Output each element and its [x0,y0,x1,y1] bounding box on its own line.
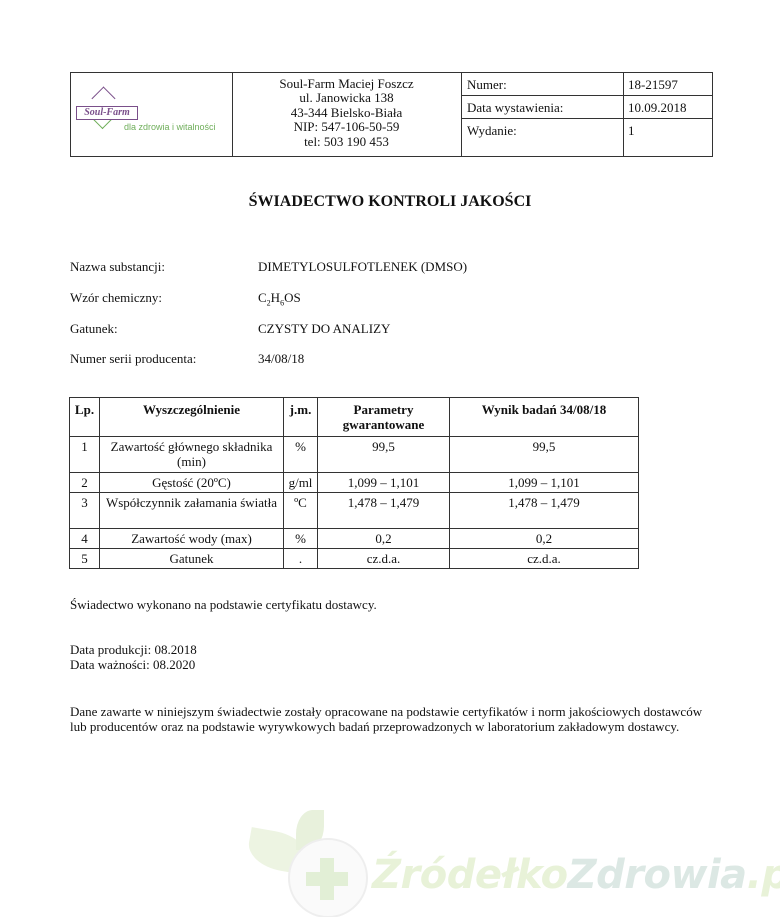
field-label: Gatunek: [70,321,118,337]
company-address: Soul-Farm Maciej Foszcz ul. Janowicka 13… [232,73,462,156]
field-value: CZYSTY DO ANALIZY [258,321,390,337]
document-header: Soul-Farm dla zdrowia i witalności Soul-… [70,72,713,157]
col-lp: Lp. [70,398,100,437]
company-name: Soul-Farm Maciej Foszcz [232,77,461,91]
field-label: Wzór chemiczny: [70,290,162,306]
table-row: 3Współczynnik załamania światłaºC1,478 –… [70,493,639,529]
table-row: 4Zawartość wody (max)%0,20,2 [70,529,639,549]
table-row: 2Gęstość (20ºC)g/ml1,099 – 1,1011,099 – … [70,473,639,493]
field-label: Numer serii producenta: [70,351,196,367]
table-row: 1Zawartość głównego składnika (min)%99,5… [70,437,639,473]
expiry-date: Data ważności: 08.2020 [70,657,720,672]
document-meta: Numer: 18-21597 Data wystawienia: 10.09.… [462,73,712,156]
company-phone: tel: 503 190 453 [232,135,461,149]
production-date: Data produkcji: 08.2018 [70,642,720,657]
company-street: ul. Janowicka 138 [232,91,461,105]
row-result: 1,099 – 1,101 [450,473,639,493]
row-description: Zawartość wody (max) [100,529,284,549]
table-header-row: Lp. Wyszczególnienie j.m. Parametry gwar… [70,398,639,437]
disclaimer: Dane zawarte w niniejszym świadectwie zo… [70,704,710,734]
company-city: 43-344 Bielsko-Biała [232,106,461,120]
row-lp: 1 [70,437,100,473]
watermark-text: ŹródełkoZdrowia.pl [372,852,780,898]
col-guaranteed: Parametry gwarantowane [318,398,450,437]
row-lp: 2 [70,473,100,493]
logo-tagline: dla zdrowia i witalności [124,122,216,132]
quality-table: Lp. Wyszczególnienie j.m. Parametry gwar… [69,397,639,569]
row-unit: g/ml [284,473,318,493]
meta-issue-date: Data wystawienia: 10.09.2018 [462,96,712,119]
col-result: Wynik badań 34/08/18 [450,398,639,437]
row-result: 0,2 [450,529,639,549]
row-lp: 5 [70,549,100,569]
logo-brand: Soul-Farm [76,106,138,120]
company-logo: Soul-Farm dla zdrowia i witalności [71,73,233,156]
row-description: Współczynnik załamania światła [100,493,284,529]
row-unit: . [284,549,318,569]
row-description: Zawartość głównego składnika (min) [100,437,284,473]
meta-number: Numer: 18-21597 [462,73,712,96]
row-guaranteed: 99,5 [318,437,450,473]
row-guaranteed: 1,099 – 1,101 [318,473,450,493]
col-description: Wyszczególnienie [100,398,284,437]
certificate-note: Świadectwo wykonano na podstawie certyfi… [70,597,720,612]
row-guaranteed: 1,478 – 1,479 [318,493,450,529]
row-lp: 4 [70,529,100,549]
row-guaranteed: cz.d.a. [318,549,450,569]
watermark: ŹródełkoZdrowia.pl [240,800,780,917]
row-description: Gatunek [100,549,284,569]
document-title: ŚWIADECTWO KONTROLI JAKOŚCI [0,193,780,211]
row-description: Gęstość (20ºC) [100,473,284,493]
table-row: 5Gatunek.cz.d.a.cz.d.a. [70,549,639,569]
row-guaranteed: 0,2 [318,529,450,549]
row-unit: % [284,437,318,473]
col-unit: j.m. [284,398,318,437]
row-lp: 3 [70,493,100,529]
row-result: 1,478 – 1,479 [450,493,639,529]
field-label: Nazwa substancji: [70,259,165,275]
field-value: 34/08/18 [258,351,304,367]
row-result: cz.d.a. [450,549,639,569]
company-nip: NIP: 547-106-50-59 [232,120,461,134]
row-result: 99,5 [450,437,639,473]
field-value: DIMETYLOSULFOTLENEK (DMSO) [258,259,467,275]
row-unit: % [284,529,318,549]
row-unit: ºC [284,493,318,529]
chemical-formula: C2H6OS [258,290,301,308]
meta-edition: Wydanie: 1 [462,119,712,156]
